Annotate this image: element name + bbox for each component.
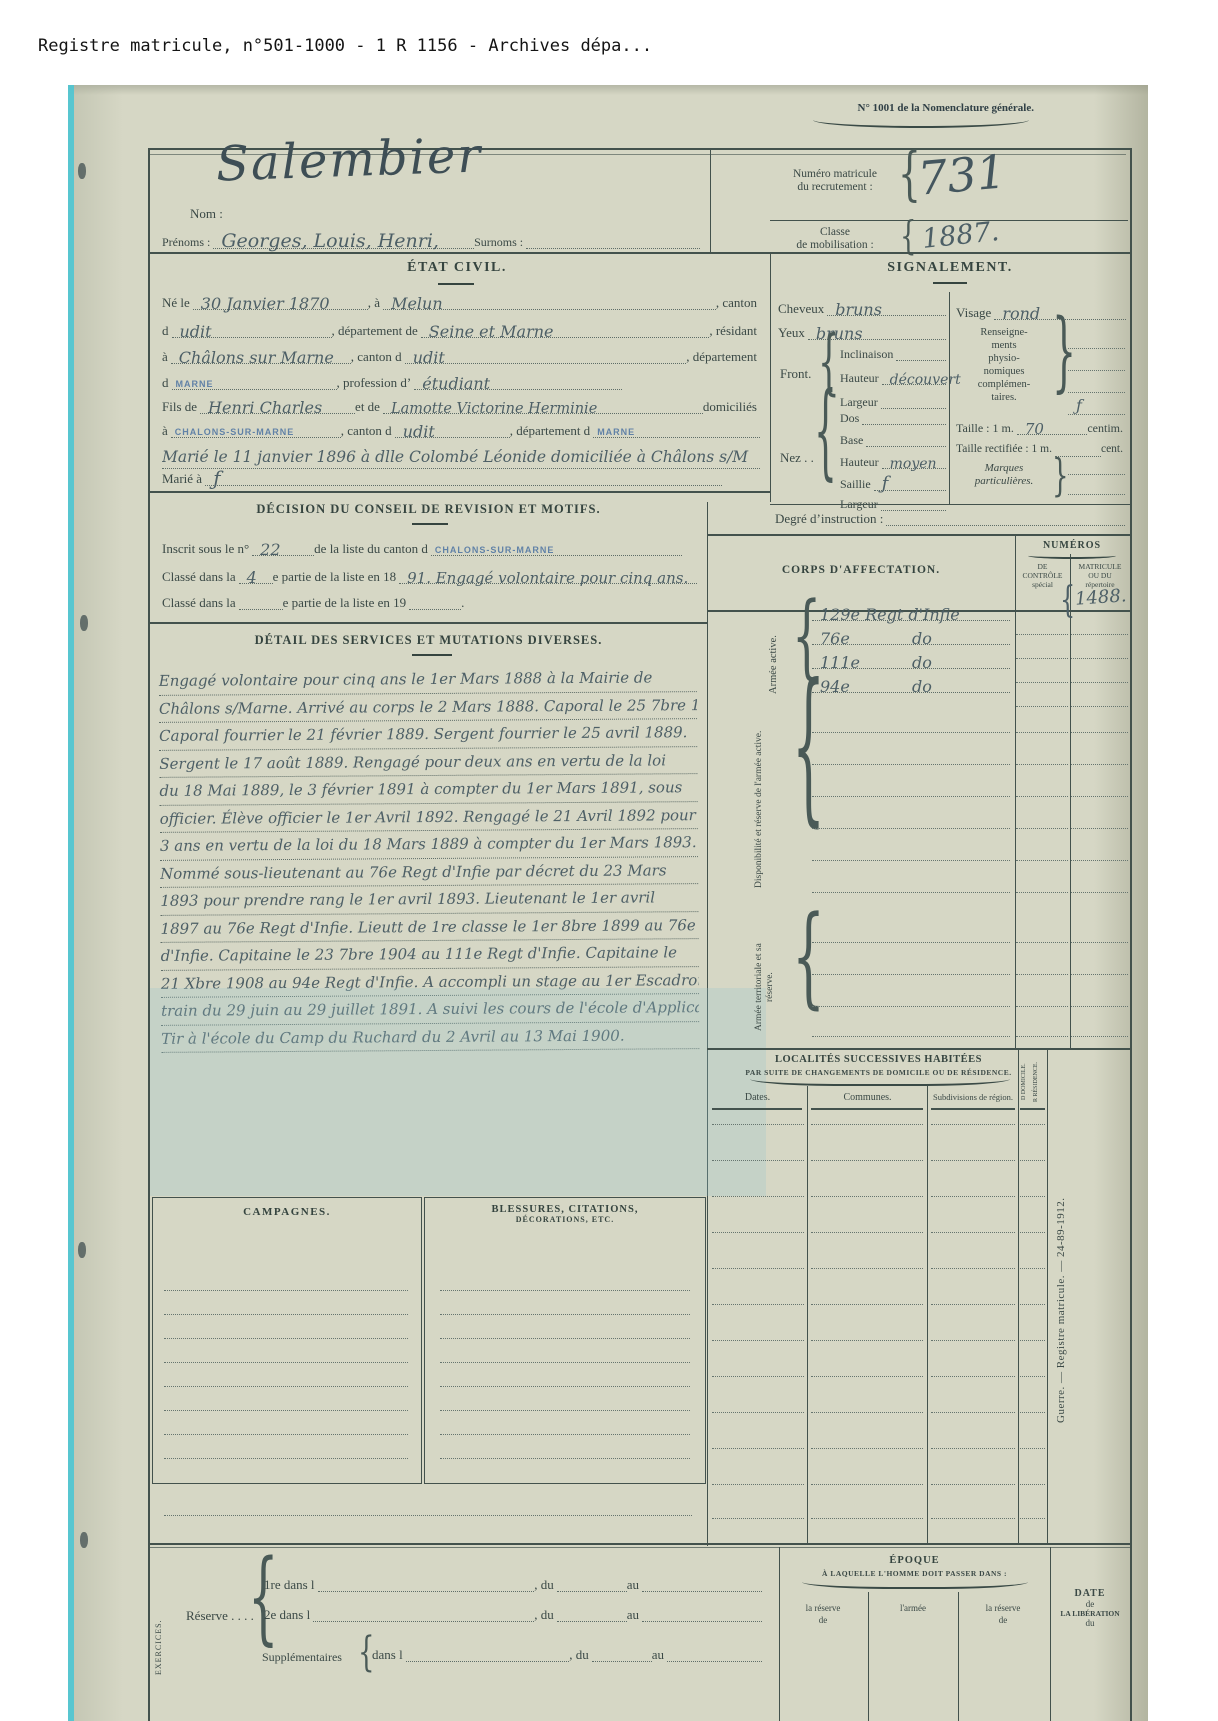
dotted-row (712, 1484, 804, 1485)
nom-value: Salembier (215, 127, 483, 192)
dotted-row (1071, 860, 1128, 861)
dotted-row (1071, 892, 1128, 893)
dotted-row (440, 1434, 690, 1435)
engage-note: 91. Engagé volontaire pour cinq ans. (407, 571, 688, 586)
dotted-row (1071, 1036, 1128, 1037)
r3-field (406, 1657, 570, 1662)
document-scan: N° 1001 de la Nomenclature générale. Nom… (68, 85, 1148, 1721)
d-label: d (162, 376, 172, 390)
front-hauteur-line: Hauteur découvert (840, 372, 946, 385)
dotted-row (931, 1160, 1015, 1161)
taille-line: Taille : 1 m. 70 centim. (956, 422, 1126, 435)
dotted-row (931, 1124, 1015, 1125)
dotted-row (931, 1484, 1015, 1485)
dotted-row (164, 1290, 408, 1291)
dotted-row (1068, 370, 1125, 371)
corps-field: 76edo (812, 640, 1010, 645)
date-line: LA LIBÉRATION (1051, 1609, 1129, 1618)
line-canton: d udit , département de Seine et Marne ,… (162, 324, 760, 338)
dotted-row (812, 892, 1010, 893)
line-parents: Fils de Henri Charles et de Lamotte Vict… (162, 400, 760, 414)
corps-ditto: do (912, 679, 932, 695)
degre-field (886, 521, 1125, 526)
services-line: du 18 Mai 1889, le 3 février 1891 à comp… (159, 774, 697, 805)
corps-row: 94edo (812, 688, 1010, 693)
nez-base-line: Base (840, 434, 946, 447)
epoque-col3-line: de (960, 1614, 1046, 1626)
dotted-row (812, 974, 1010, 975)
dotted-row (1020, 1304, 1045, 1305)
renseignements-line: Renseigne- (956, 326, 1052, 339)
dotted-row (811, 1484, 923, 1485)
inclinaison-label: Inclinaison (840, 348, 896, 361)
taille-rectifiee-line: Taille rectifiée : 1 m. cent. (956, 444, 1126, 457)
brace-decoration: } (1052, 455, 1069, 499)
table-border (707, 534, 1130, 536)
birthplace-field: Melun (383, 305, 716, 310)
nez-hauteur-value: moyen (890, 457, 937, 471)
dotted-row (712, 1124, 804, 1125)
nomenclature-flourish (813, 119, 1029, 128)
matricule-col-line: MATRICULE (1071, 562, 1129, 571)
decision-title: DÉCISION DU CONSEIL DE REVISION ET MOTIF… (150, 502, 707, 517)
nez-label: Nez . . (780, 450, 814, 466)
title-rule (412, 523, 448, 525)
canton-label: , canton (716, 296, 760, 310)
partie-field: 4 (239, 579, 273, 584)
departement-label: , département de (332, 324, 421, 338)
dotted-row (440, 1410, 690, 1411)
corps-row: 76edo (812, 640, 1010, 645)
blessures-box: BLESSURES, CITATIONS, DÉCORATIONS, ETC. (424, 1197, 706, 1484)
dotted-row (440, 1290, 690, 1291)
brace-decoration: { (792, 903, 825, 1012)
dotted-row (1071, 706, 1128, 707)
dotted-row (1020, 1412, 1045, 1413)
epoque-col3-header: la réserve de (960, 1602, 1046, 1626)
fils-de-label: Fils de (162, 400, 200, 414)
profession-value: étudiant (422, 376, 490, 392)
table-column-line (868, 1592, 869, 1721)
matricule-label: Numéro matricule du recrutement : (775, 168, 895, 194)
mere-field: Lamotte Victorine Herminie (383, 409, 703, 414)
r1-du-field (557, 1587, 627, 1592)
col-residence-header: R RÉSIDENCE. (1033, 1053, 1039, 1111)
services-line: Nommé sous-lieutenant au 76e Regt d'Infi… (160, 857, 698, 888)
canton-value: udit (180, 324, 212, 340)
dotted-row (712, 1412, 804, 1413)
dotted-row (440, 1362, 690, 1363)
residant-label: , résidant (709, 324, 760, 338)
flourish-mark: ƒ (1076, 396, 1082, 415)
section-divider (150, 1547, 1130, 1548)
binding-mark (80, 1532, 88, 1548)
dotted-row (164, 1410, 408, 1411)
exercices-label: EXERCICES. (154, 1580, 163, 1715)
surnoms-field (526, 244, 700, 249)
dotted-row (812, 732, 1010, 733)
armee-active-label: Armée active. (768, 615, 779, 715)
visage-value: rond (1002, 306, 1040, 322)
dotted-row (440, 1386, 690, 1387)
commune-stamp-field: CHALONS-SUR-MARNE (171, 433, 341, 438)
table-column-line (958, 1592, 959, 1721)
a-label: à (162, 350, 171, 364)
nez-hauteur-line: Hauteur moyen (840, 456, 946, 469)
marques-label: Marques particulières. (956, 462, 1052, 488)
territoriale-label: Armée territoriale et sa réserve. (754, 928, 784, 1046)
reserve-row-3: dans l , du au (372, 1648, 762, 1662)
taille-field: 70 (1017, 430, 1088, 435)
r3-label: dans l (372, 1648, 406, 1662)
col-dates-header: Dates. (710, 1092, 805, 1103)
dotted-row (1020, 1268, 1045, 1269)
dotted-row (1071, 828, 1128, 829)
dotted-row (1068, 494, 1125, 495)
degre-instruction-line: Degré d’instruction : (775, 512, 1125, 526)
dotted-row (164, 1362, 408, 1363)
signalement-title: SIGNALEMENT. (770, 260, 1130, 276)
controle-line: DE (1016, 562, 1069, 571)
services-handwriting-block: Engagé volontaire pour cinq ans le 1er M… (159, 664, 700, 1053)
corps-row: 129e Regt d'Infie (812, 616, 1010, 621)
header-underline (712, 1108, 802, 1110)
dotted-row (164, 1515, 692, 1516)
surnoms-label: Surnoms : (474, 236, 526, 249)
dotted-row (1068, 392, 1125, 393)
table-column-line (807, 1086, 808, 1545)
corps-field: 94edo (812, 688, 1010, 693)
services-line: 1897 au 76e Regt d'Infie. Lieutt de 1re … (160, 912, 698, 943)
classe-label: Classé dans la (162, 570, 239, 584)
binding-mark (78, 1242, 86, 1258)
matricule-col-line: OU DU (1071, 571, 1129, 580)
epoque-subtitle: À LAQUELLE L'HOMME DOIT PASSER DANS : (779, 1569, 1050, 1578)
r1-au-field (642, 1587, 762, 1592)
dotted-row (1020, 1340, 1045, 1341)
signalement-inner-divider (949, 292, 950, 504)
pere-field: Henri Charles (200, 409, 355, 414)
yeux-line: Yeux bruns (778, 326, 946, 340)
dotted-row (440, 1338, 690, 1339)
dotted-row (1016, 828, 1068, 829)
birthplace-value: Melun (391, 296, 443, 312)
corps-value: 111e (820, 655, 860, 671)
marie-a-field: ƒ (205, 481, 722, 486)
dotted-row (811, 1412, 923, 1413)
disponibilite-label: Disponibilité et réserve de l'armée acti… (754, 715, 784, 903)
header-underline (1020, 1108, 1045, 1110)
prenoms-label: Prénoms : (162, 236, 213, 249)
r3-du-field (592, 1657, 652, 1662)
r2-label: 2e dans l (264, 1608, 313, 1622)
epoque-col1-header: la réserve de (780, 1602, 866, 1626)
nomenclature-number: N° 1001 de la Nomenclature générale. (768, 102, 1034, 114)
mere-value: Lamotte Victorine Herminie (391, 402, 597, 417)
dotted-row (1071, 974, 1128, 975)
margin-imprint: Guerre. — Registre matricule. — 24-89-19… (1055, 1140, 1067, 1480)
column-divider (710, 150, 711, 252)
residence-field: Châlons sur Marne (171, 359, 351, 364)
r2-field (313, 1617, 534, 1622)
marques-line: Marques (956, 462, 1052, 475)
brace-decoration: { (814, 382, 837, 486)
classe-value: 1887. (921, 216, 1001, 255)
line-inscrit: Inscrit sous le n° 22 de la liste du can… (162, 542, 682, 556)
dotted-row (1071, 658, 1128, 659)
r3-au-field (667, 1657, 762, 1662)
table-column-line (1050, 1547, 1051, 1721)
section-divider (150, 1543, 1130, 1545)
services-line: 1893 pour prendre rang le 1er avril 1893… (160, 884, 698, 915)
r1-label: 1re dans l (264, 1578, 318, 1592)
saillie-field: ƒ (874, 486, 946, 491)
profession-field: étudiant (414, 385, 622, 390)
dotted-row (1016, 974, 1068, 975)
brace-decoration: { (1060, 582, 1075, 618)
matricule-value: 731 (916, 144, 1008, 205)
nez-hauteur-field: moyen (882, 464, 946, 469)
dotted-row (1071, 682, 1128, 683)
matricule-corps-value: 1488. (1074, 585, 1127, 610)
dotted-row (1071, 942, 1128, 943)
dos-label: Dos (840, 412, 862, 425)
canton3-value: udit (403, 424, 435, 440)
dotted-row (811, 1340, 923, 1341)
dotted-row (164, 1434, 408, 1435)
dotted-row (1068, 348, 1125, 349)
et-de-label: et de (355, 400, 383, 414)
d-label: d (162, 324, 172, 338)
classe-label: Classé dans la (162, 596, 239, 610)
epoque-col1-line: de (780, 1614, 866, 1626)
dotted-row (1020, 1484, 1045, 1485)
dotted-row (712, 1196, 804, 1197)
epoque-title: ÉPOQUE (779, 1555, 1050, 1566)
dotted-row (812, 942, 1010, 943)
date-line: DATE (1051, 1588, 1129, 1599)
dotted-row (1020, 1232, 1045, 1233)
flourish-mark: ƒ (882, 475, 889, 493)
dos-field (862, 420, 946, 425)
line-naissance: Né le 30 Janvier 1870 , à Melun , canton (162, 296, 760, 310)
campagnes-box: CAMPAGNES. (152, 1197, 422, 1484)
classe-label: Classe de mobilisation : (775, 226, 895, 252)
r1-field (318, 1587, 535, 1592)
departement-field: Seine et Marne (421, 333, 710, 338)
dotted-row (1016, 634, 1068, 635)
dotted-row (931, 1268, 1015, 1269)
binding-mark (78, 163, 86, 179)
dotted-row (164, 1314, 408, 1315)
form-sheet: Nom : Salembier Prénoms : Georges, Louis… (148, 148, 1132, 1721)
ne-le-label: Né le (162, 296, 193, 310)
front-label: Front. (780, 366, 811, 382)
column-divider (770, 252, 771, 502)
inclinaison-field (896, 356, 946, 361)
prenoms-line: Prénoms : Georges, Louis, Henri, Surnoms… (162, 236, 700, 249)
dotted-row (1071, 732, 1128, 733)
reserve-row-1: 1re dans l , du au (264, 1578, 762, 1592)
dotted-row (164, 1458, 408, 1459)
renseignements-line: taires. (956, 391, 1052, 404)
taille-unit: centim. (1087, 422, 1126, 435)
dotted-row (440, 1314, 690, 1315)
largeur-field (881, 404, 946, 409)
dotted-row (1016, 892, 1068, 893)
r2-du-field (557, 1617, 627, 1622)
supplementaires-label: Supplémentaires (262, 1650, 342, 1665)
largeur-label: Largeur (840, 396, 881, 409)
dotted-row (811, 1160, 923, 1161)
front-largeur-line: Largeur (840, 396, 946, 409)
header-underline (811, 1108, 923, 1110)
localites-subtitle: PAR SUITE DE CHANGEMENTS DE DOMICILE OU … (707, 1068, 1050, 1077)
dotted-row (712, 1448, 804, 1449)
dotted-row (1020, 1124, 1045, 1125)
yeux-label: Yeux (778, 326, 808, 340)
annee-field: 91. Engagé volontaire pour cinq ans. (399, 579, 697, 584)
base-label: Base (840, 434, 866, 447)
matricule-label-1: Numéro matricule (775, 168, 895, 181)
dotted-row (811, 1376, 923, 1377)
section-divider (150, 622, 707, 624)
reserve-label: Réserve . . . . (186, 1608, 254, 1624)
dotted-row (812, 860, 1010, 861)
birthdate-value: 30 Janvier 1870 (201, 296, 330, 312)
dotted-row (1016, 1036, 1068, 1037)
epoque-col1-line: la réserve (780, 1602, 866, 1614)
dotted-row (1016, 658, 1068, 659)
r1-du: , du (534, 1578, 557, 1592)
departement3-field: MARNE (593, 433, 760, 438)
canton-field: udit (172, 333, 332, 338)
renseignements-line: complémen- (956, 378, 1052, 391)
corps-ditto: do (912, 631, 932, 647)
col-communes-header: Communes. (810, 1092, 925, 1103)
corps-value: 129e Regt d'Infie (820, 607, 960, 623)
dotted-row (1071, 796, 1128, 797)
renseignements-label: Renseigne- ments physio- nomiques complé… (956, 326, 1052, 404)
dotted-row (1020, 1448, 1045, 1449)
r3-du: , du (569, 1648, 592, 1662)
dotted-row (1071, 1006, 1128, 1007)
period-label: . (461, 596, 467, 610)
dotted-row (812, 796, 1010, 797)
blessures-title: BLESSURES, CITATIONS, (425, 1204, 705, 1215)
corps-field: 111edo (812, 664, 1010, 669)
renseignements-line: ments (956, 339, 1052, 352)
numero-liste-field: 22 (252, 551, 314, 556)
dotted-row (811, 1196, 923, 1197)
departement3-label: , département d (510, 424, 594, 438)
hauteur-field: découvert (882, 380, 946, 385)
table-column-line (927, 1086, 928, 1545)
dotted-row (712, 1160, 804, 1161)
epoque-col3-line: la réserve (960, 1602, 1046, 1614)
campagnes-title: CAMPAGNES. (153, 1206, 421, 1218)
dotted-row (812, 828, 1010, 829)
dotted-row (931, 1304, 1015, 1305)
dotted-row (931, 1340, 1015, 1341)
scan-edge-artifact (68, 85, 74, 1721)
services-line: train du 29 juin au 29 juillet 1891. A s… (161, 994, 699, 1025)
services-line: officier. Élève officier le 1er Avril 18… (160, 802, 698, 833)
hauteur-value: découvert (890, 373, 961, 387)
dotted-row (712, 1268, 804, 1269)
corps-title: CORPS D'AFFECTATION. (707, 564, 1015, 576)
dotted-row (712, 1376, 804, 1377)
dotted-row (440, 1458, 690, 1459)
dotted-row (712, 1518, 804, 1519)
visage-line: Visage rond (956, 306, 1126, 320)
dotted-row (1068, 474, 1125, 475)
section-divider (150, 252, 1130, 254)
corps-value: 76e (820, 631, 850, 647)
dotted-row (931, 1232, 1015, 1233)
saillie-label: Saillie (840, 478, 874, 491)
r2-du: , du (534, 1608, 557, 1622)
departement-stamp-field: MARNE (172, 385, 337, 390)
flourish-mark: ƒ (213, 468, 220, 488)
header-underline (931, 1108, 1015, 1110)
cheveux-label: Cheveux (778, 302, 827, 316)
nom-label: Nom : (190, 206, 223, 222)
services-line: Tir à l'école du Camp du Ruchard du 2 Av… (161, 1022, 699, 1053)
partie-liste-label: e partie de la liste en 18 (273, 570, 399, 584)
dotted-row (1071, 764, 1128, 765)
base-field (866, 442, 946, 447)
services-line: 3 ans en vertu de la loi du 18 Mars 1889… (160, 829, 698, 860)
canton-liste-label: de la liste du canton d (314, 542, 431, 556)
dotted-row (1016, 732, 1068, 733)
annee-field-empty (409, 605, 461, 610)
domicilies-label: domiciliés (703, 400, 760, 414)
epoque-col2-line: l'armée (870, 1602, 956, 1614)
line-classe-vide: Classé dans la e partie de la liste en 1… (162, 596, 562, 610)
corps-ditto: do (912, 655, 932, 671)
dotted-row (1020, 1518, 1045, 1519)
services-line: Caporal fourrier le 21 février 1889. Ser… (159, 719, 697, 750)
marques-line: particulières. (956, 475, 1052, 488)
cheveux-field: bruns (827, 311, 946, 316)
dotted-row (1016, 860, 1068, 861)
dotted-row (164, 1338, 408, 1339)
dotted-row (812, 764, 1010, 765)
canton-label: , canton d (341, 424, 395, 438)
canton-liste-field: CHALONS-SUR-MARNE (431, 551, 682, 556)
nez-dos-line: Dos (840, 412, 946, 425)
dotted-row (931, 1376, 1015, 1377)
taille-rect-unit: cent. (1101, 444, 1126, 457)
matricule-label-2: du recrutement : (775, 181, 895, 194)
reserve-row-2: 2e dans l , du au (264, 1608, 762, 1622)
line-domicile-parents: à CHALONS-SUR-MARNE , canton d udit , dé… (162, 424, 760, 438)
r2-au: au (627, 1608, 642, 1622)
dotted-row (1016, 796, 1068, 797)
col-subdivisions-header: Subdivisions de région. (929, 1092, 1017, 1102)
services-title: DÉTAIL DES SERVICES ET MUTATIONS DIVERSE… (150, 633, 707, 648)
dotted-row (1016, 764, 1068, 765)
table-border (707, 1048, 1130, 1050)
r2-au-field (642, 1617, 762, 1622)
localites-title: LOCALITÉS SUCCESSIVES HABITÉES (707, 1054, 1050, 1065)
dotted-row (811, 1124, 923, 1125)
marne-stamp: MARNE (597, 427, 635, 437)
binding-mark (80, 615, 88, 631)
title-rule (412, 654, 452, 656)
profession-label: , profession d’ (337, 376, 415, 390)
